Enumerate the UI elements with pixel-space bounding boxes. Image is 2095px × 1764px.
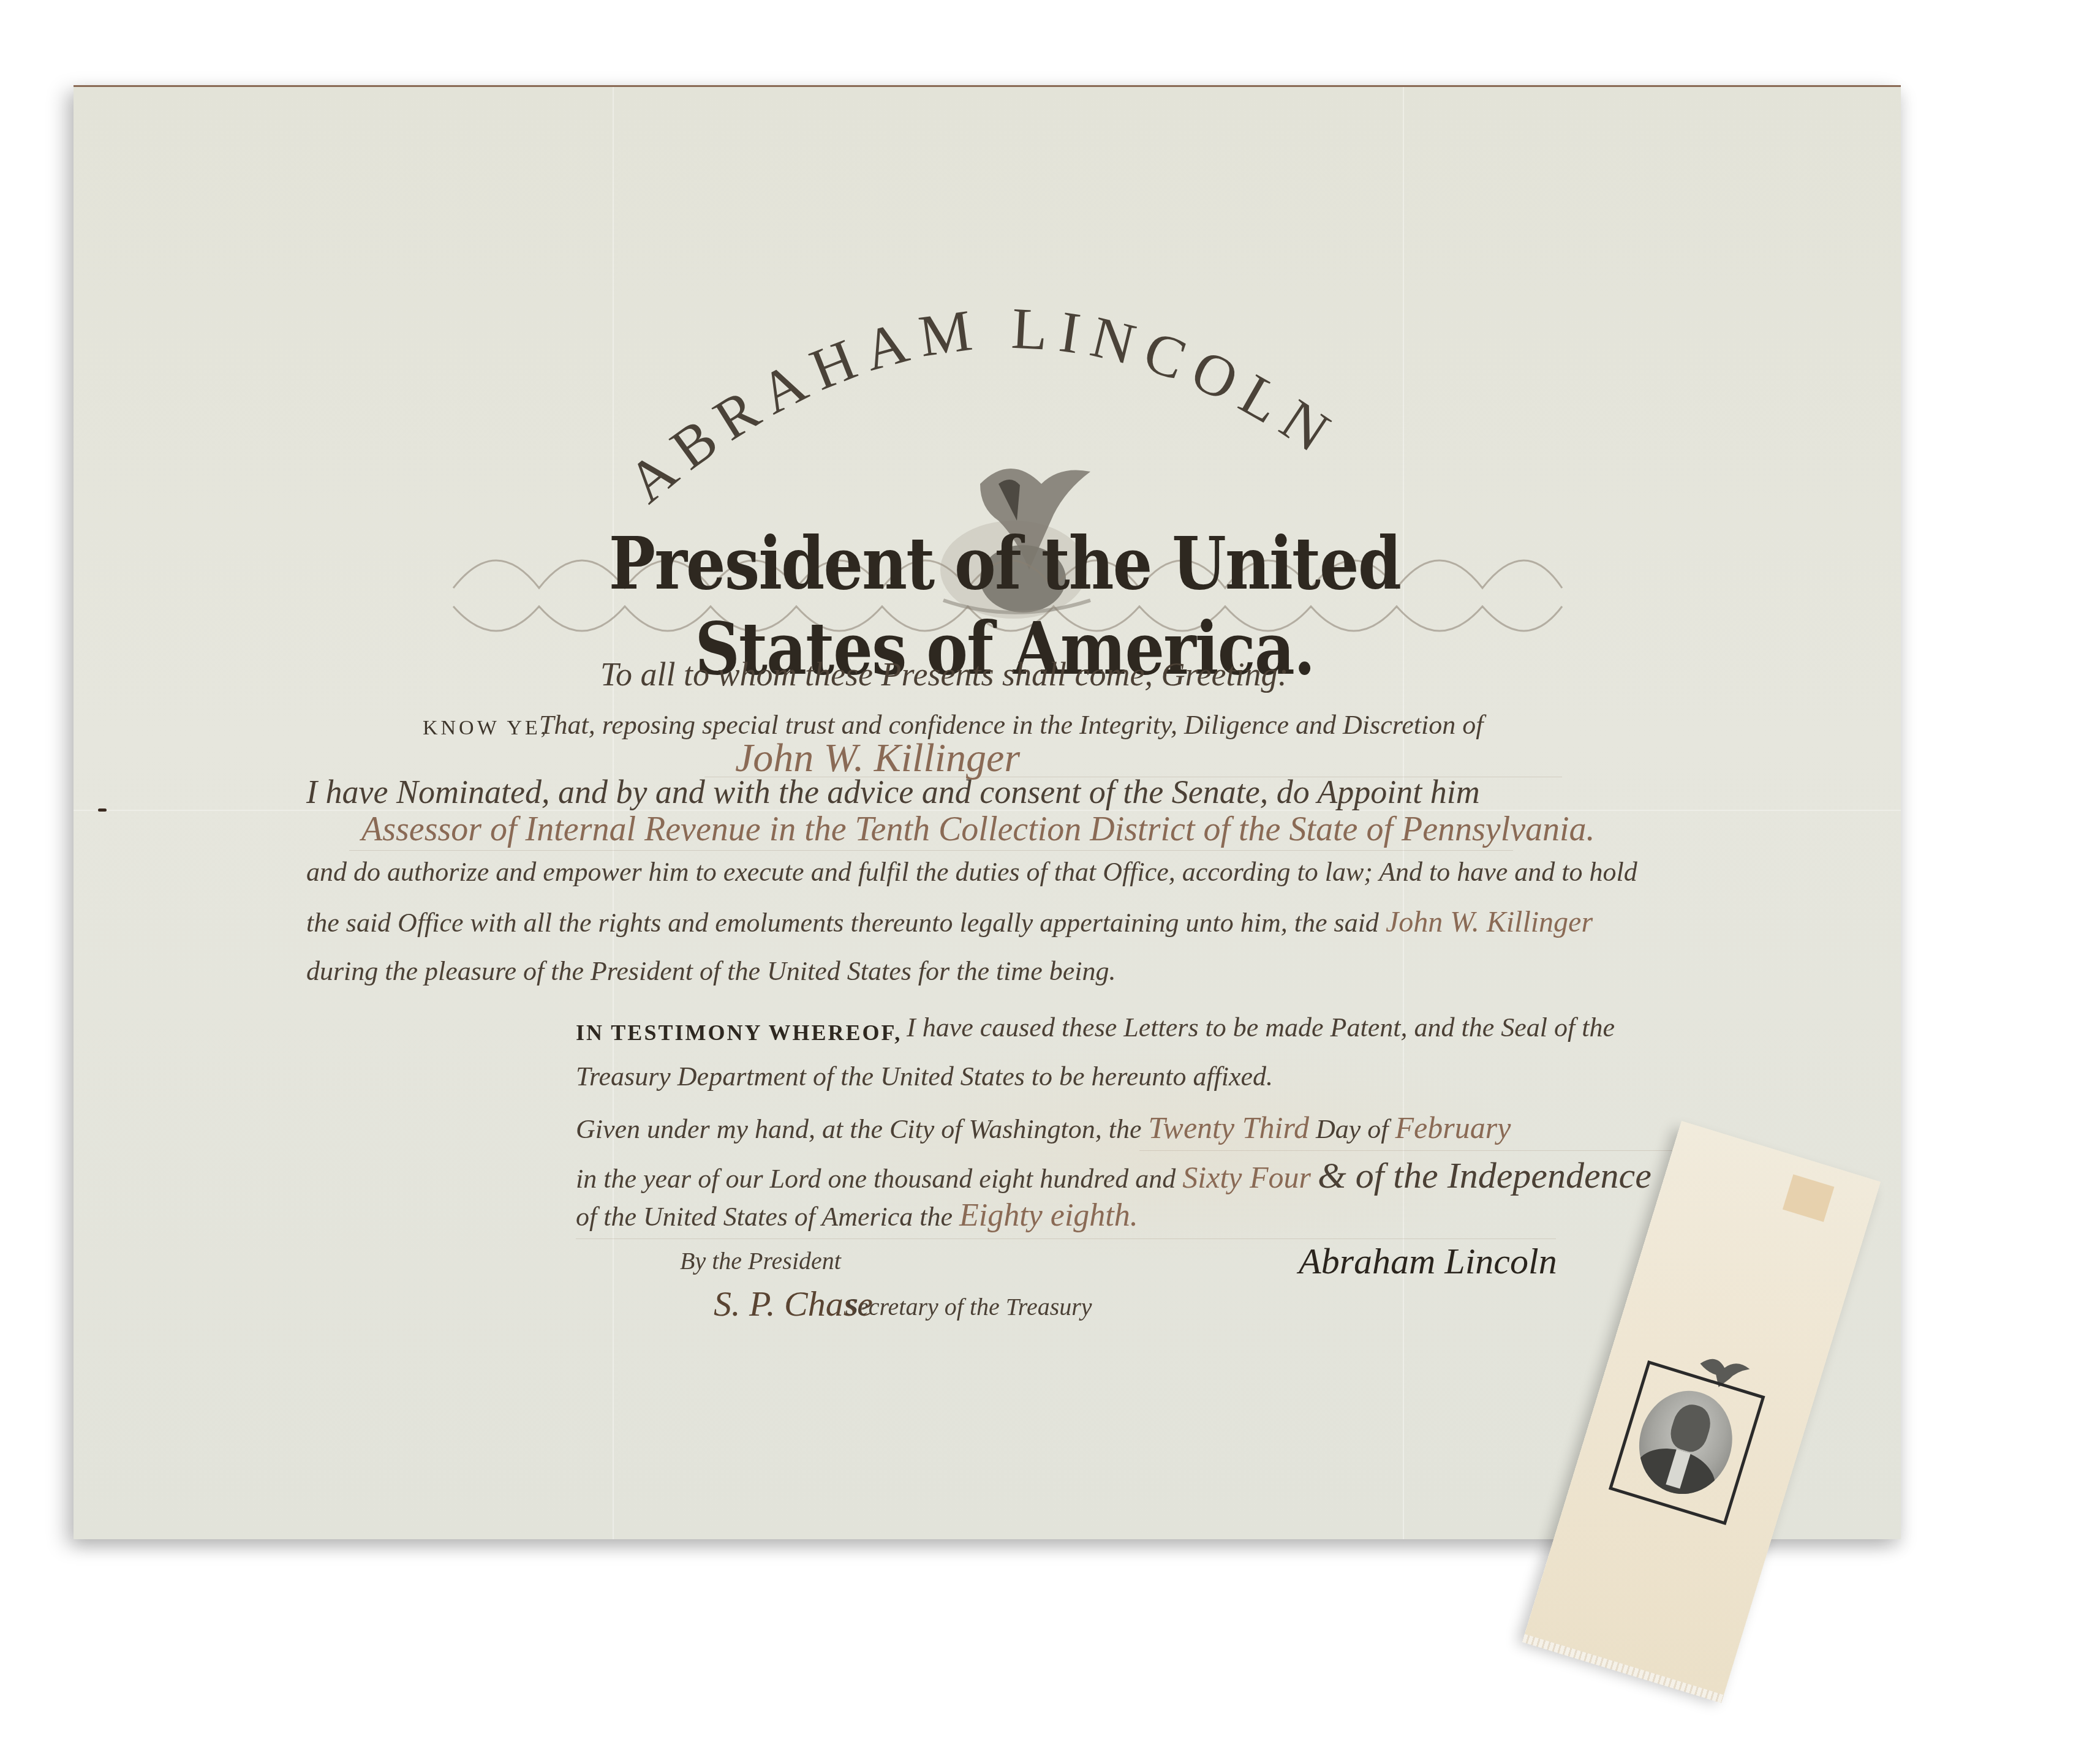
testimony-label: IN TESTIMONY WHEREOF, — [576, 1020, 902, 1046]
given-day: Twenty Third — [1148, 1110, 1309, 1145]
rights-line: the said Office with all the rights and … — [306, 905, 1593, 939]
given-rule — [1139, 1150, 1691, 1151]
year-line: in the year of our Lord one thousand eig… — [576, 1155, 1651, 1197]
pleasure-line: during the pleasure of the President of … — [306, 956, 1115, 987]
by-the-president: By the President — [680, 1246, 841, 1275]
rights-line-name: John W. Killinger — [1386, 906, 1593, 938]
president-signature: Abraham Lincoln — [1299, 1240, 1557, 1283]
given-month: February — [1395, 1110, 1511, 1145]
rights-line-prefix: the said Office with all the rights and … — [306, 908, 1379, 938]
greeting: To all to whom these Presents shall come… — [600, 655, 1288, 693]
fold-mark — [98, 809, 107, 812]
independence-rule — [576, 1238, 1556, 1239]
know-ye-label: KNOW YE, — [423, 717, 549, 740]
ribbon-stain — [1783, 1174, 1834, 1222]
year-line-suffix: & of the Independence — [1318, 1155, 1651, 1196]
given-line-prefix: Given under my hand, at the City of Wash… — [576, 1114, 1141, 1144]
given-line: Given under my hand, at the City of Wash… — [576, 1110, 1511, 1145]
year-line-prefix: in the year of our Lord one thousand eig… — [576, 1164, 1176, 1194]
office-line: Assessor of Internal Revenue in the Tent… — [361, 810, 1595, 849]
nominated-line: I have Nominated, and by and with the ad… — [306, 773, 1480, 811]
year-value: Sixty Four — [1182, 1160, 1311, 1194]
independence-line-prefix: of the United States of America the — [576, 1202, 953, 1232]
authorize-line: and do authorize and empower him to exec… — [306, 856, 1637, 888]
given-day-of: Day of — [1316, 1114, 1389, 1144]
testimony-line-1: I have caused these Letters to be made P… — [907, 1012, 1615, 1043]
independence-line: of the United States of America the Eigh… — [576, 1197, 1138, 1234]
office-rule — [349, 850, 1513, 851]
independence-value: Eighty eighth. — [959, 1198, 1138, 1233]
secretary-title: Secretary of the Treasury — [845, 1292, 1092, 1321]
testimony-line-2: Treasury Department of the United States… — [576, 1061, 1273, 1092]
lincoln-portrait — [1626, 1379, 1745, 1506]
